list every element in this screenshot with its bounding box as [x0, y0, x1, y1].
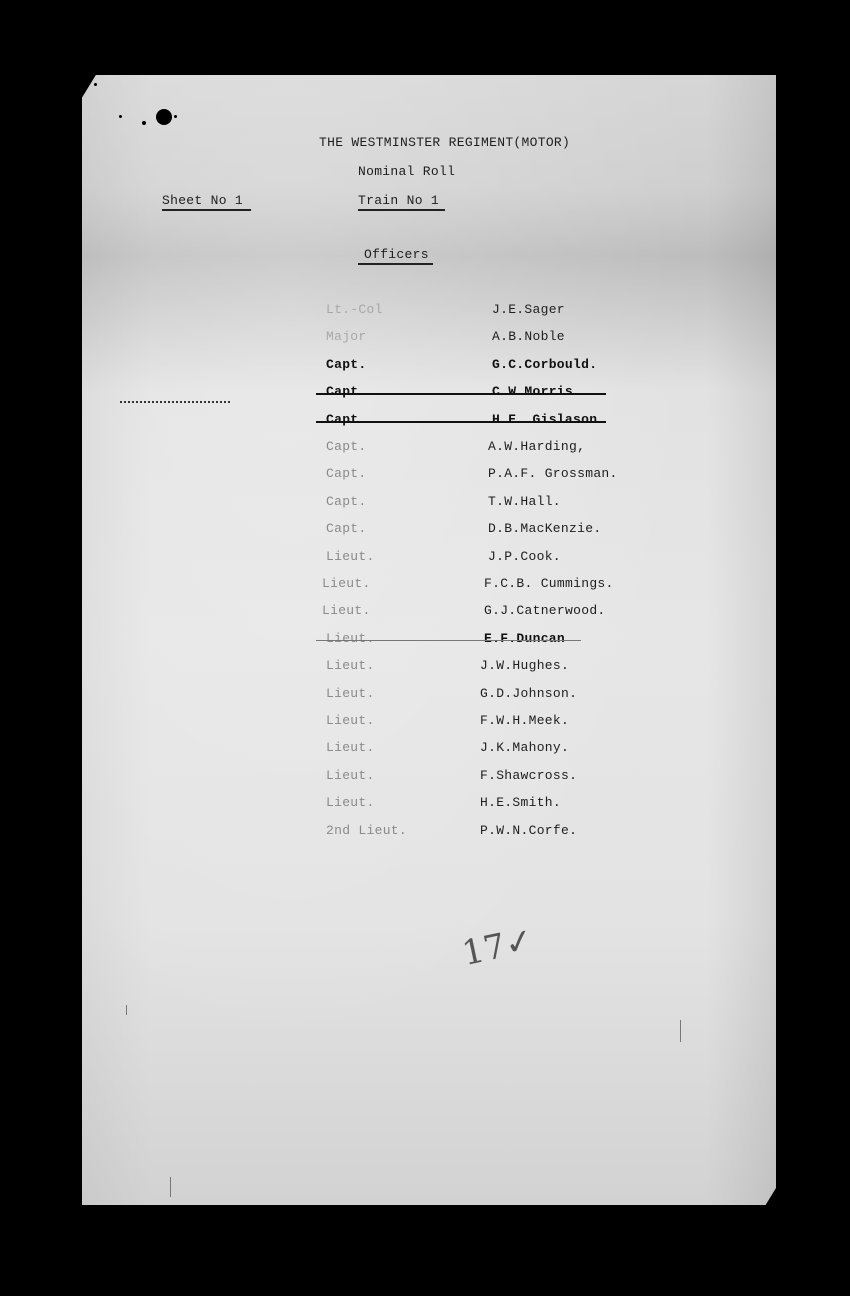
officer-rank: Lt.-Col [326, 302, 383, 317]
punch-dot [119, 115, 122, 118]
handwritten-note: 17✓ [459, 920, 538, 974]
paper-mark [126, 1005, 127, 1015]
punch-dot [94, 83, 97, 86]
sheet-number: Sheet No 1 [162, 193, 251, 211]
officer-name: G.C.Corbould. [492, 357, 597, 372]
officer-rank: Major [326, 329, 367, 344]
paper-mark [170, 1177, 171, 1197]
officer-name: J.P.Cook. [488, 549, 561, 564]
officer-name: G.J.Catnerwood. [484, 603, 606, 618]
document-page: THE WESTMINSTER REGIMENT(MOTOR) Nominal … [82, 75, 776, 1205]
punch-dot [174, 115, 177, 118]
officer-rank: Lieut. [326, 549, 375, 564]
officer-name: T.W.Hall. [488, 494, 561, 509]
punch-hole [156, 109, 172, 125]
officer-name: P.W.N.Corfe. [480, 823, 577, 838]
officer-rank: Capt. [326, 439, 367, 454]
margin-dashes [120, 401, 230, 403]
strikethrough-line [316, 421, 606, 423]
officer-rank: Lieut. [322, 603, 371, 618]
officer-name: F.C.B. Cummings. [484, 576, 614, 591]
officer-name: J.W.Hughes. [480, 658, 569, 673]
officer-name: E.F.Duncan [484, 631, 565, 646]
officer-rank: Lieut. [326, 768, 375, 783]
officer-rank: Lieut. [322, 576, 371, 591]
officer-name: C.W.Morris. [492, 384, 581, 399]
officer-name: H.E.Smith. [480, 795, 561, 810]
paper-mark [680, 1020, 681, 1042]
officer-name: A.B.Noble [492, 329, 565, 344]
officer-name: F.W.H.Meek. [480, 713, 569, 728]
officer-rank: Lieut. [326, 658, 375, 673]
officer-name: J.E.Sager [492, 302, 565, 317]
train-number: Train No 1 [358, 193, 445, 211]
document-title: THE WESTMINSTER REGIMENT(MOTOR) [319, 135, 570, 150]
officer-rank: Lieut. [326, 740, 375, 755]
punch-dot [142, 121, 146, 125]
section-heading: Officers [358, 247, 433, 265]
officer-rank: Capt. [326, 357, 367, 372]
officer-rank: Lieut. [326, 713, 375, 728]
strikethrough-line [316, 393, 606, 395]
strikethrough-line [316, 640, 581, 641]
officer-rank: 2nd Lieut. [326, 823, 407, 838]
officer-name: H.E. Gislason [492, 412, 597, 427]
officer-rank: Capt. [326, 412, 367, 427]
officer-rank: Lieut. [326, 686, 375, 701]
officer-rank: Lieut. [326, 795, 375, 810]
officer-rank: Capt. [326, 466, 367, 481]
officer-rank: Capt. [326, 521, 367, 536]
officer-rank: Lieut. [326, 631, 375, 646]
officer-name: A.W.Harding, [488, 439, 585, 454]
officer-rank: Capt. [326, 494, 367, 509]
document-subtitle: Nominal Roll [358, 164, 455, 179]
officer-name: P.A.F. Grossman. [488, 466, 618, 481]
officer-name: F.Shawcross. [480, 768, 577, 783]
officer-name: J.K.Mahony. [480, 740, 569, 755]
officer-rank: Capt. [326, 384, 367, 399]
officer-name: G.D.Johnson. [480, 686, 577, 701]
officer-name: D.B.MacKenzie. [488, 521, 601, 536]
